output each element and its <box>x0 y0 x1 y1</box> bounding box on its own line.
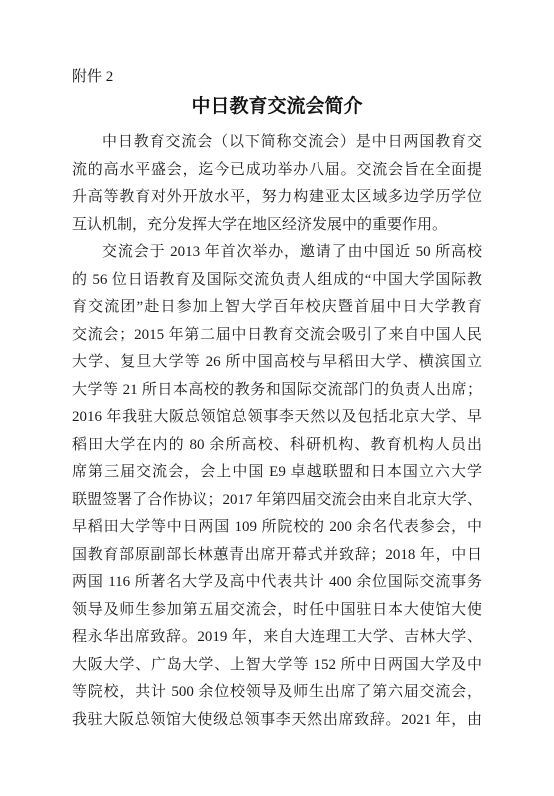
text-line: 早稻田大学等中日两国 109 所院校的 200 余名代表参会，中 <box>72 514 482 542</box>
text-line: 升高等教育对外开放水平，努力构建亚太区域多边学历学位 <box>72 184 482 212</box>
text-line: 大学、复旦大学等 26 所中国高校与早稻田大学、横滨国立 <box>72 349 482 377</box>
text-line: 中日教育交流会（以下简称交流会）是中日两国教育交 <box>72 129 482 157</box>
document-page: 附件 2 中日教育交流会简介 中日教育交流会（以下简称交流会）是中日两国教育交流… <box>0 0 554 796</box>
text-line: 国教育部原副部长林蕙青出席开幕式并致辞；2018 年，中日 <box>72 542 482 570</box>
text-line: 程永华出席致辞。2019 年，来自大连理工大学、吉林大学、 <box>72 624 482 652</box>
text-line: 等院校，共计 500 余位校领导及师生出席了第六届交流会， <box>72 679 482 707</box>
paragraph-1: 中日教育交流会（以下简称交流会）是中日两国教育交流的高水平盛会，迄今已成功举办八… <box>72 129 482 239</box>
text-line: 联盟签署了合作协议；2017 年第四届交流会由来自北京大学、 <box>72 487 482 515</box>
text-line: 的 56 位日语教育及国际交流负责人组成的“中国大学国际教 <box>72 267 482 295</box>
document-title: 中日教育交流会简介 <box>72 93 482 120</box>
text-line: 育交流团”赴日参加上智大学百年校庆暨首届中日大学教育 <box>72 294 482 322</box>
text-line: 席第三届交流会，会上中国 E9 卓越联盟和日本国立六大学 <box>72 459 482 487</box>
paragraph-2: 交流会于 2013 年首次举办，邀请了由中国近 50 所高校的 56 位日语教育… <box>72 239 482 734</box>
attachment-label: 附件 2 <box>72 68 482 86</box>
document-body: 中日教育交流会（以下简称交流会）是中日两国教育交流的高水平盛会，迄今已成功举办八… <box>72 129 482 734</box>
document-content: 附件 2 中日教育交流会简介 中日教育交流会（以下简称交流会）是中日两国教育交流… <box>0 0 554 734</box>
text-line: 大阪大学、广岛大学、上智大学等 152 所中日两国大学及中 <box>72 652 482 680</box>
text-line: 流的高水平盛会，迄今已成功举办八届。交流会旨在全面提 <box>72 157 482 185</box>
text-line: 交流会；2015 年第二届中日教育交流会吸引了来自中国人民 <box>72 322 482 350</box>
text-line: 2016 年我驻大阪总领馆总领事李天然以及包括北京大学、早 <box>72 404 482 432</box>
text-line: 稻田大学在内的 80 余所高校、科研机构、教育机构人员出 <box>72 432 482 460</box>
text-line: 我驻大阪总领馆大使级总领事李天然出席致辞。2021 年，由 <box>72 707 482 735</box>
text-line: 领导及师生参加第五届交流会，时任中国驻日本大使馆大使 <box>72 597 482 625</box>
text-line: 交流会于 2013 年首次举办，邀请了由中国近 50 所高校 <box>72 239 482 267</box>
text-line: 两国 116 所著名大学及高中代表共计 400 余位国际交流事务 <box>72 569 482 597</box>
text-line: 互认机制，充分发挥大学在地区经济发展中的重要作用。 <box>72 212 482 240</box>
text-line: 大学等 21 所日本高校的教务和国际交流部门的负责人出席； <box>72 377 482 405</box>
